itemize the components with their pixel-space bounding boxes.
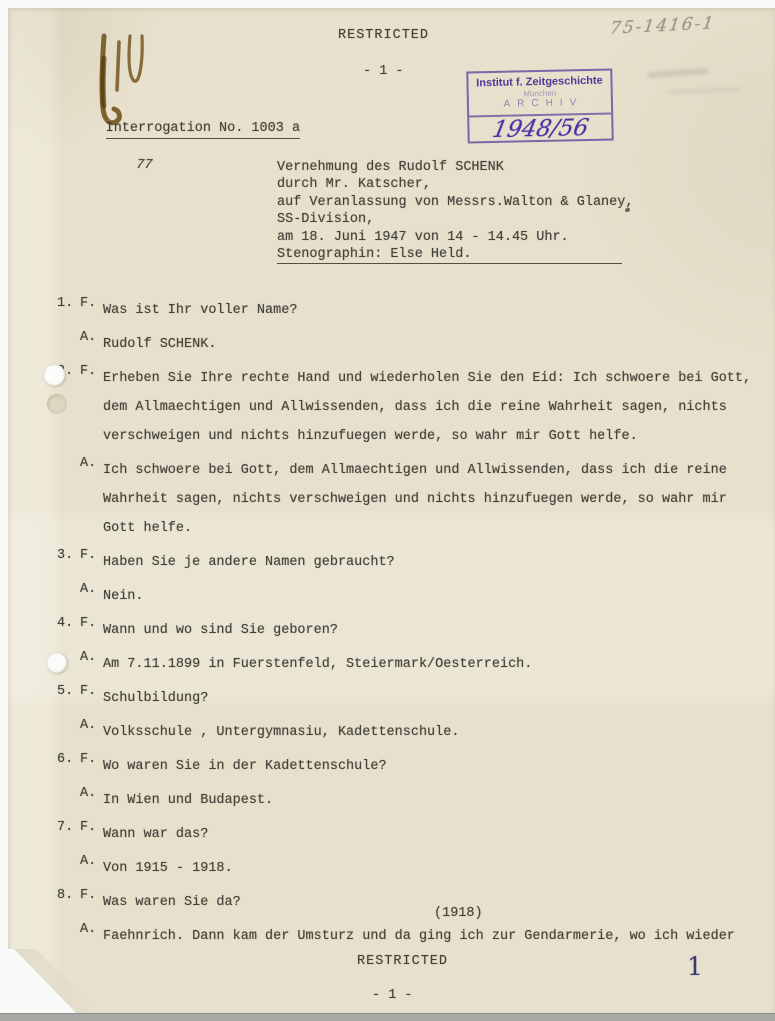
qa-text-line: Wahrheit sagen, nichts verschweigen und … xyxy=(103,485,757,514)
qa-speaker-label: F. xyxy=(80,820,103,849)
qa-speaker-label: F. xyxy=(80,548,103,577)
document-title: Interrogation No. 1003 a xyxy=(106,121,300,139)
qa-speaker-label: A. xyxy=(80,786,103,815)
archive-stamp: Institut f. Zeitgeschichte München ARCHI… xyxy=(466,68,613,143)
qa-text: Volksschule , Untergymnasiu, Kadettensch… xyxy=(103,718,757,747)
qa-speaker-label: A. xyxy=(80,922,103,951)
qa-speaker-label: A. xyxy=(80,718,103,747)
session-header-line: durch Mr. Katscher, xyxy=(277,176,633,193)
qa-speaker-label: F. xyxy=(80,364,103,451)
stamp-archiv-line: ARCHIV xyxy=(469,97,611,112)
qa-row: 2.F.Erheben Sie Ihre rechte Hand und wie… xyxy=(57,364,757,451)
stamp-accession-number: 1948/56 xyxy=(467,114,614,143)
qa-speaker-label: F. xyxy=(80,684,103,713)
qa-text: Ich schwoere bei Gott, dem Allmaechtigen… xyxy=(103,456,757,543)
qa-text-line: Wann war das? xyxy=(103,820,757,849)
qa-row: A.Ich schwoere bei Gott, dem Allmaechtig… xyxy=(57,456,757,543)
document-page: RESTRICTED - 1 - 75-1416-1 Institut f. Z… xyxy=(8,8,775,1014)
punch-hole-ghost xyxy=(47,394,67,414)
qa-list: 1.F.Was ist Ihr voller Name?A.Rudolf SCH… xyxy=(57,296,757,956)
qa-number xyxy=(57,582,80,611)
punch-hole xyxy=(43,364,65,386)
qa-speaker-label: A. xyxy=(80,330,103,359)
qa-text-line: Wann und wo sind Sie geboren? xyxy=(103,616,757,645)
qa-number xyxy=(57,786,80,815)
qa-row: 3.F.Haben Sie je andere Namen gebraucht? xyxy=(57,548,757,577)
qa-speaker-label: A. xyxy=(80,854,103,883)
qa-text: Erheben Sie Ihre rechte Hand und wiederh… xyxy=(103,364,757,451)
qa-text: Von 1915 - 1918. xyxy=(103,854,757,883)
qa-text-line: In Wien und Budapest. xyxy=(103,786,757,815)
qa-number: 7. xyxy=(57,820,80,849)
qa-number xyxy=(57,854,80,883)
qa-speaker-label: F. xyxy=(80,752,103,781)
qa-number: 4. xyxy=(57,616,80,645)
qa-number: 6. xyxy=(57,752,80,781)
classification-bottom: RESTRICTED xyxy=(357,954,448,969)
scanner-background: RESTRICTED - 1 - 75-1416-1 Institut f. Z… xyxy=(0,0,775,1021)
qa-speaker-label: F. xyxy=(80,616,103,645)
qa-text: Am 7.11.1899 in Fuerstenfeld, Steiermark… xyxy=(103,650,757,679)
session-header-block: Vernehmung des Rudolf SCHENKdurch Mr. Ka… xyxy=(277,159,633,264)
classification-top: RESTRICTED xyxy=(338,28,429,43)
qa-row: 6.F.Wo waren Sie in der Kadettenschule? xyxy=(57,752,757,781)
qa-text-line: Haben Sie je andere Namen gebraucht? xyxy=(103,548,757,577)
qa-number xyxy=(57,330,80,359)
qa-text: In Wien und Budapest. xyxy=(103,786,757,815)
qa-text: Wo waren Sie in der Kadettenschule? xyxy=(103,752,757,781)
page-marker-bottom: - 1 - xyxy=(372,988,413,1003)
punch-hole xyxy=(46,652,67,673)
qa-text-line: Was waren Sie da? xyxy=(103,888,757,917)
qa-row: A.Faehnrich. Dann kam der Umsturz und da… xyxy=(57,922,757,951)
qa-text: Was waren Sie da? xyxy=(103,888,757,917)
session-header-line: Vernehmung des Rudolf SCHENK xyxy=(277,159,633,176)
qa-row: A.Rudolf SCHENK. xyxy=(57,330,757,359)
handwritten-page-number: 1 xyxy=(687,952,703,981)
qa-row: 5.F.Schulbildung? xyxy=(57,684,757,713)
qa-speaker-label: A. xyxy=(80,582,103,611)
qa-text-line: Faehnrich. Dann kam der Umsturz und da g… xyxy=(103,922,757,951)
qa-speaker-label: A. xyxy=(80,456,103,543)
faint-smudge xyxy=(668,87,740,95)
qa-row: A.Nein. xyxy=(57,582,757,611)
qa-text-line: Schulbildung? xyxy=(103,684,757,713)
qa-text-line: Erheben Sie Ihre rechte Hand und wiederh… xyxy=(103,364,757,393)
page-marker-top: - 1 - xyxy=(363,64,404,79)
qa-text-line: Rudolf SCHENK. xyxy=(103,330,757,359)
session-header-line: SS-Division, xyxy=(277,211,633,228)
session-header-line: am 18. Juni 1947 von 14 - 14.45 Uhr. xyxy=(277,229,633,246)
qa-number xyxy=(57,718,80,747)
qa-text-line: Volksschule , Untergymnasiu, Kadettensch… xyxy=(103,718,757,747)
qa-text: Rudolf SCHENK. xyxy=(103,330,757,359)
qa-text: Nein. xyxy=(103,582,757,611)
qa-speaker-label: F. xyxy=(80,296,103,325)
qa-row: A.Am 7.11.1899 in Fuerstenfeld, Steierma… xyxy=(57,650,757,679)
qa-text-line: Am 7.11.1899 in Fuerstenfeld, Steiermark… xyxy=(103,650,757,679)
qa-row: 1.F.Was ist Ihr voller Name? xyxy=(57,296,757,325)
qa-row: A.In Wien und Budapest. xyxy=(57,786,757,815)
qa-row: 4.F.Wann und wo sind Sie geboren? xyxy=(57,616,757,645)
archive-stamp-header: Institut f. Zeitgeschichte München ARCHI… xyxy=(468,71,611,118)
qa-text: Wann war das? xyxy=(103,820,757,849)
session-header-line: auf Veranlassung von Messrs.Walton & Gla… xyxy=(277,194,633,211)
session-header-line: Stenographin: Else Held. xyxy=(277,246,622,264)
qa-text-line: Ich schwoere bei Gott, dem Allmaechtigen… xyxy=(103,456,757,485)
qa-number: 3. xyxy=(57,548,80,577)
qa-number: 1. xyxy=(57,296,80,325)
qa-text: Haben Sie je andere Namen gebraucht? xyxy=(103,548,757,577)
qa-text-line: Nein. xyxy=(103,582,757,611)
qa-text: Faehnrich. Dann kam der Umsturz und da g… xyxy=(103,922,757,951)
qa-speaker-label: A. xyxy=(80,650,103,679)
interline-note: (1918) xyxy=(434,905,483,922)
qa-number xyxy=(57,456,80,543)
qa-row: A.Volksschule , Untergymnasiu, Kadettens… xyxy=(57,718,757,747)
qa-text: Was ist Ihr voller Name? xyxy=(103,296,757,325)
pencil-archive-number: 75-1416-1 xyxy=(609,13,717,39)
qa-text: Wann und wo sind Sie geboren? xyxy=(103,616,757,645)
scanner-edge-strip xyxy=(0,1013,775,1021)
qa-number xyxy=(57,922,80,951)
qa-number: 8. xyxy=(57,888,80,917)
qa-text-line: Wo waren Sie in der Kadettenschule? xyxy=(103,752,757,781)
qa-text: Schulbildung? xyxy=(103,684,757,713)
qa-text-line: dem Allmaechtigen und Allwissenden, dass… xyxy=(103,393,757,422)
qa-text-line: Was ist Ihr voller Name? xyxy=(103,296,757,325)
qa-row: A.Von 1915 - 1918. xyxy=(57,854,757,883)
qa-text-line: Gott helfe. xyxy=(103,514,757,543)
qa-text-line: verschweigen und nichts hinzufuegen werd… xyxy=(103,422,757,451)
qa-row: 8.F.Was waren Sie da? xyxy=(57,888,757,917)
qa-speaker-label: F. xyxy=(80,888,103,917)
qa-row: 7.F.Wann war das? xyxy=(57,820,757,849)
qa-number: 5. xyxy=(57,684,80,713)
exhibit-number: 77 xyxy=(135,158,153,173)
qa-text-line: Von 1915 - 1918. xyxy=(103,854,757,883)
faint-smudge xyxy=(648,68,708,78)
